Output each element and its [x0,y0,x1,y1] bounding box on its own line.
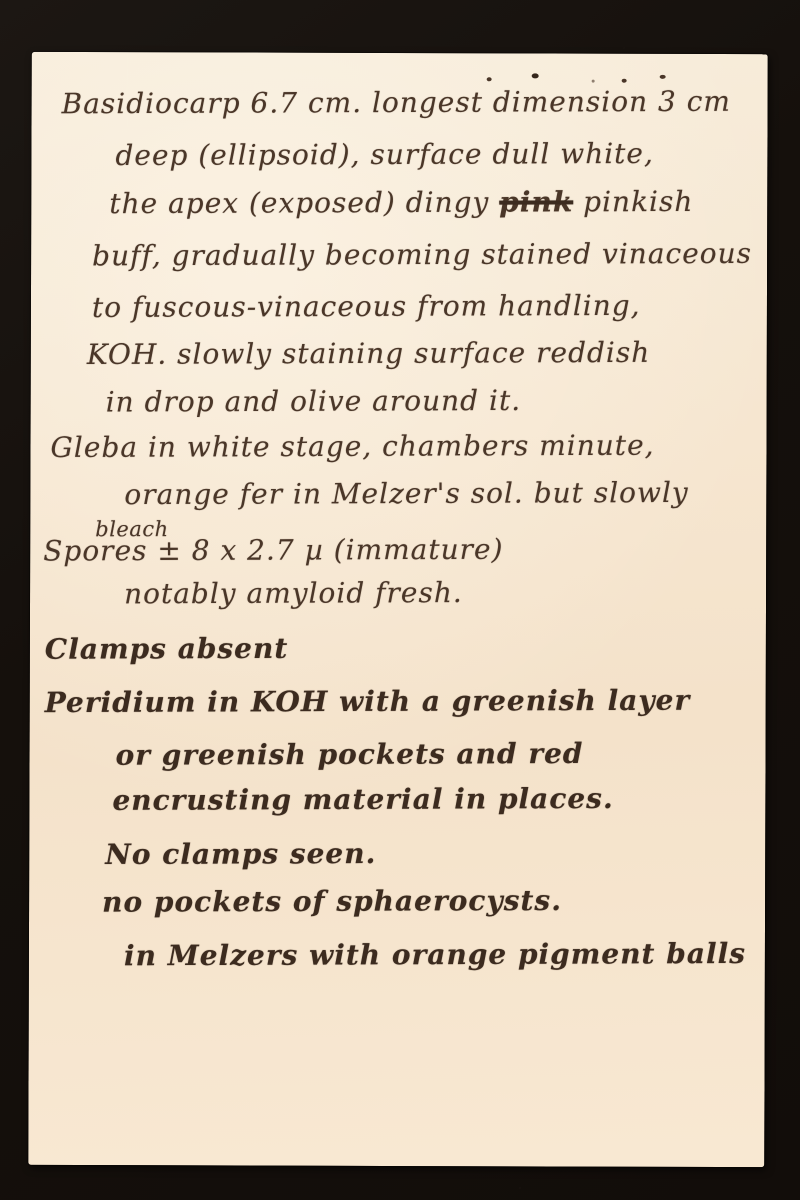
note-line-text: the apex (exposed) dingy [109,186,499,220]
note-line: to fuscous-vinaceous from handling, [92,289,641,324]
note-line: orange fer in Melzer's sol. but slowly [124,476,688,511]
ink-speck [660,75,666,79]
note-line: buff, gradually becoming stained vinaceo… [92,237,752,273]
note-card: Basidiocarp 6.7 cm. longest dimension 3 … [28,52,767,1167]
photo-background: Basidiocarp 6.7 cm. longest dimension 3 … [0,0,800,1200]
ink-speck [487,77,492,81]
note-line: encrusting material in places. [112,782,613,817]
note-line: Peridium in KOH with a greenish layer [45,684,691,719]
note-line: KOH. slowly staining surface reddish [87,336,651,371]
note-line: Gleba in white stage, chambers minute, [50,429,654,464]
note-line: Spores ± 8 x 2.7 µ (immature) [43,533,503,568]
struck-out-word: pink [499,185,573,218]
note-line-text: pinkish [573,185,693,218]
note-line: the apex (exposed) dingy pink pinkish [109,185,693,220]
ink-speck [532,73,539,78]
ink-speck [592,80,595,83]
note-line: notably amyloid fresh. [124,576,463,610]
note-line: deep (ellipsoid), surface dull white, [115,137,654,172]
note-line: No clamps seen. [105,837,376,871]
ink-speck [622,79,627,83]
note-line: no pockets of sphaerocysts. [102,884,562,919]
note-line: Clamps absent [45,632,288,666]
note-line: Basidiocarp 6.7 cm. longest dimension 3 … [62,85,731,121]
note-line: in drop and olive around it. [106,384,522,419]
note-line: in Melzers with orange pigment balls [124,937,746,972]
note-line: or greenish pockets and red [115,737,583,772]
